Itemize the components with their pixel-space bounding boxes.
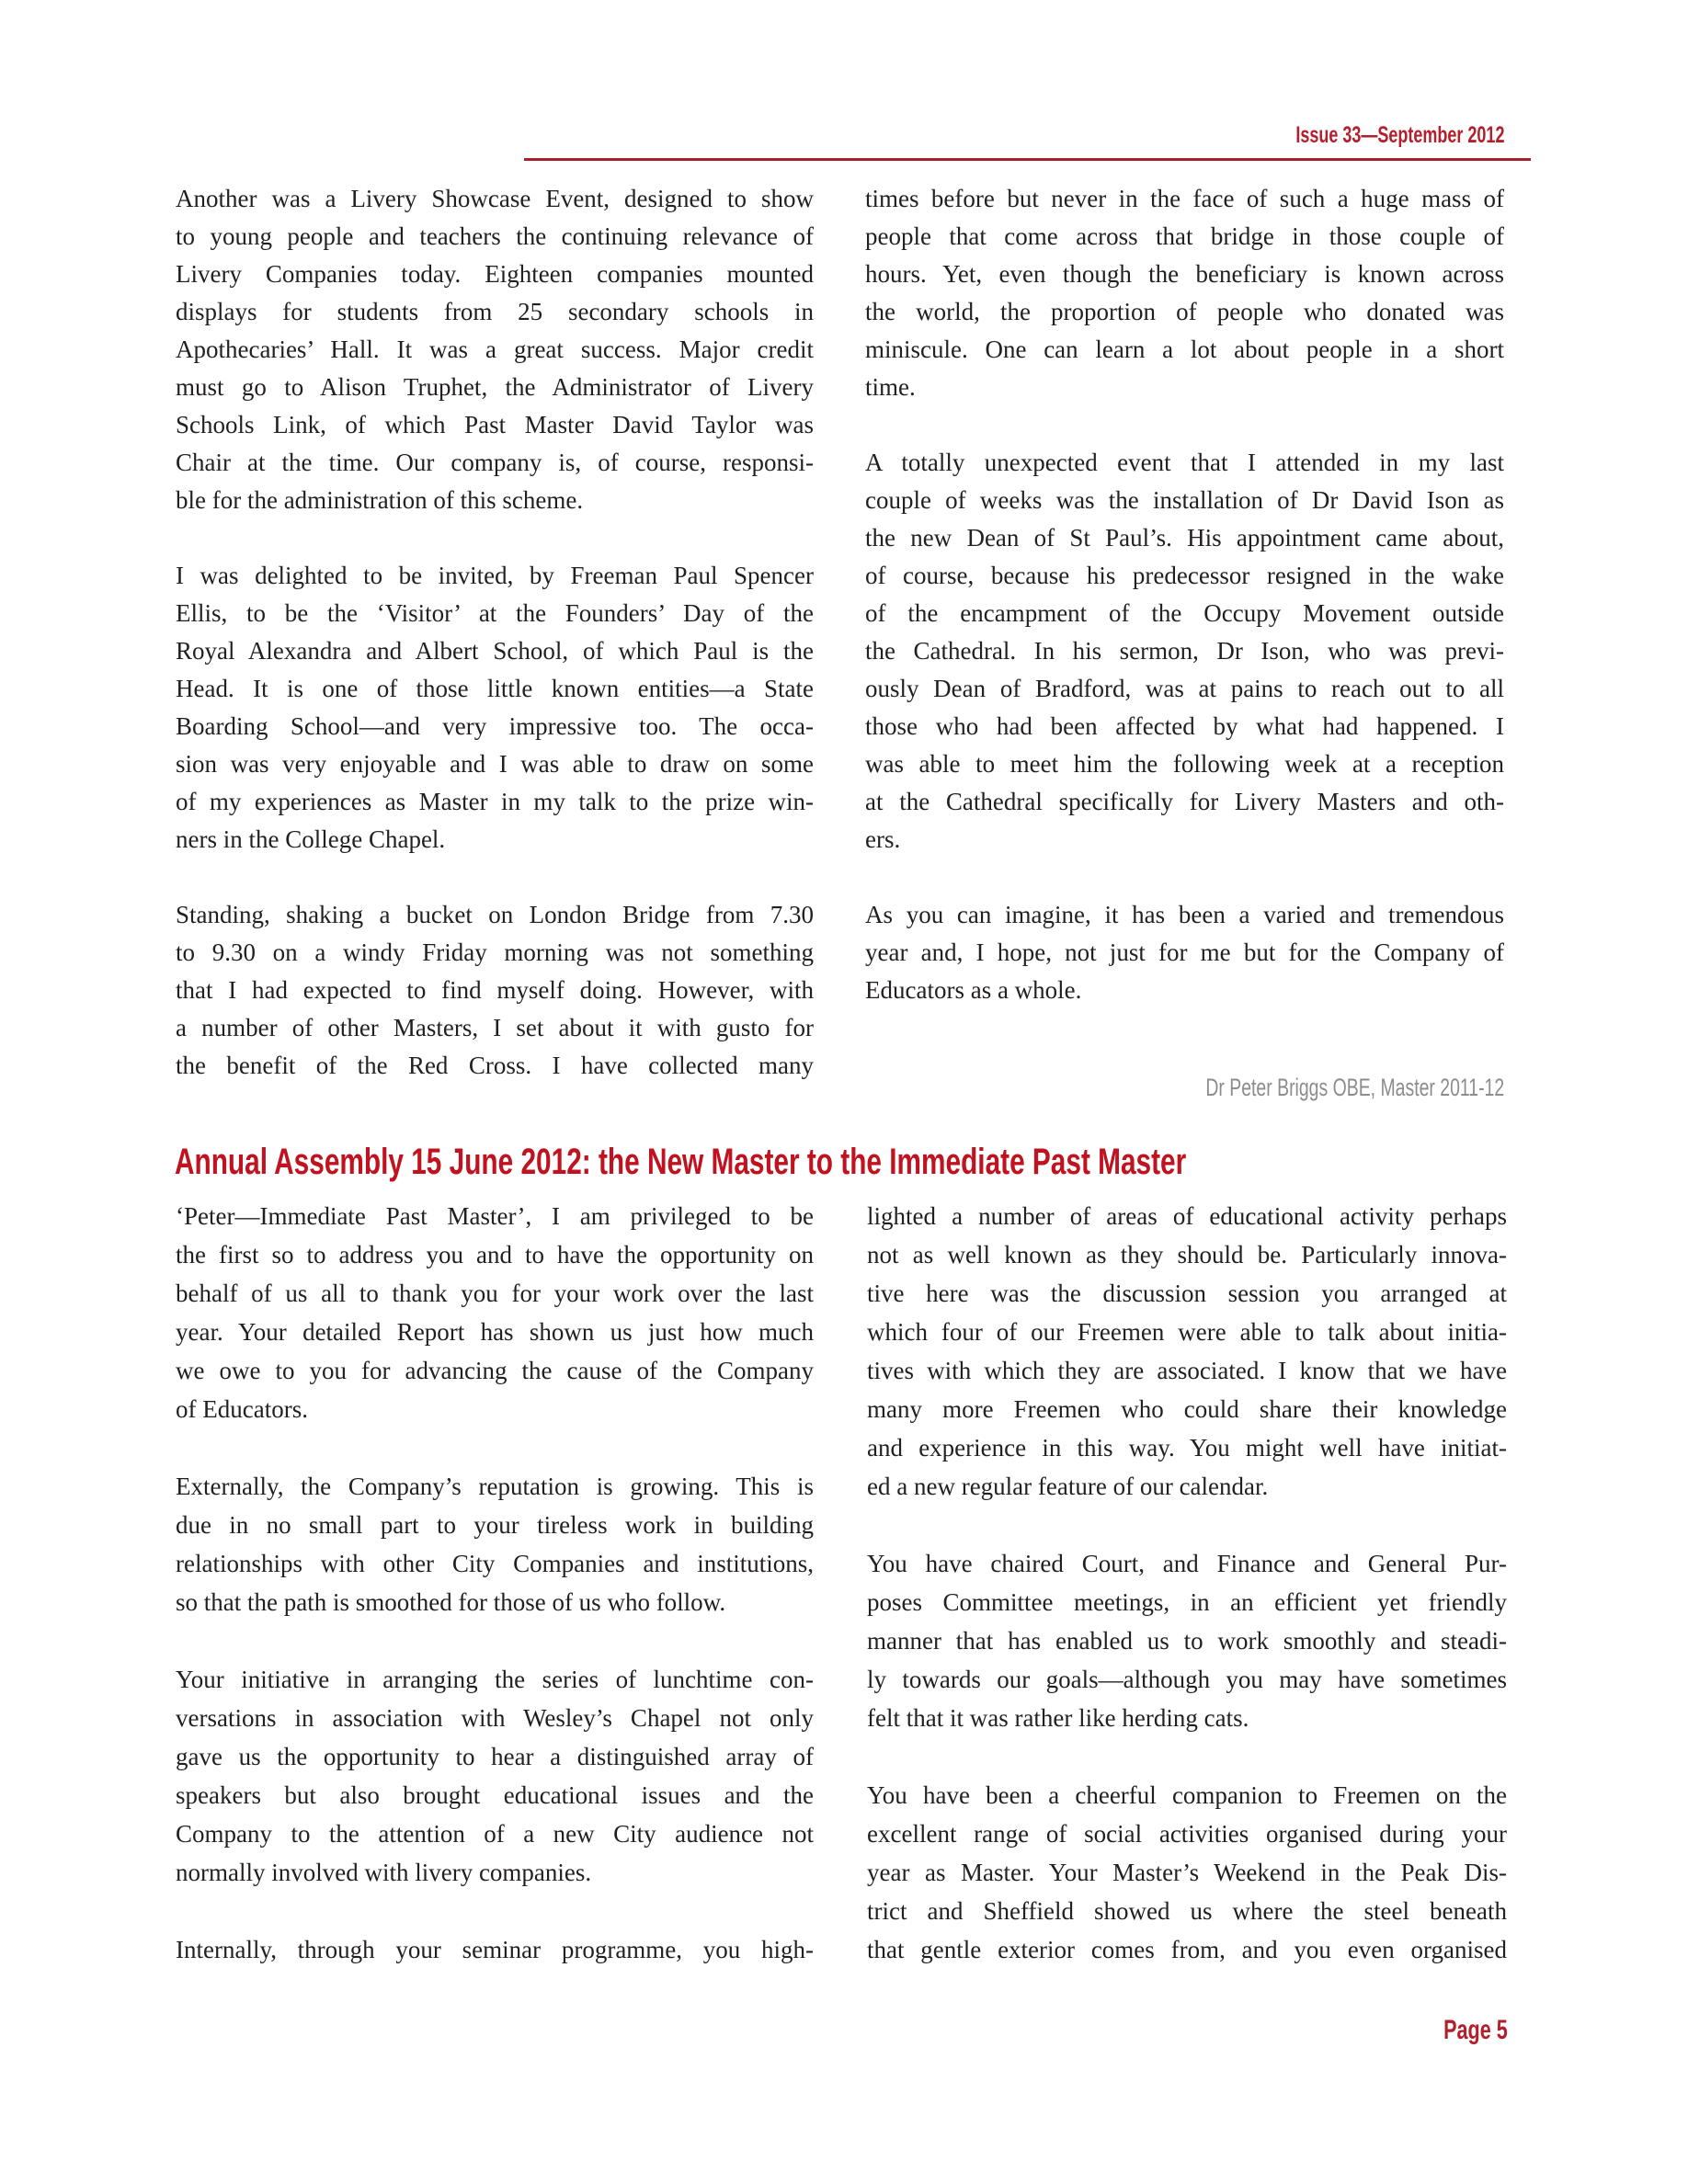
text-line: was able to meet him the following week …	[865, 745, 1504, 783]
text-line: ‘Peter—Immediate Past Master’, I am priv…	[176, 1197, 814, 1235]
text-line: Ellis, to be the ‘Visitor’ at the Founde…	[176, 595, 814, 632]
text-line: the first so to address you and to have …	[176, 1235, 814, 1274]
paragraph-gap	[865, 859, 1504, 896]
text-line: Chair at the time. Our company is, of co…	[176, 444, 814, 482]
text-line: of Educators.	[176, 1390, 814, 1428]
text-line: people that come across that bridge in t…	[865, 218, 1504, 256]
text-line: of my experiences as Master in my talk t…	[176, 783, 814, 821]
paragraph: As you can imagine, it has been a varied…	[865, 896, 1504, 1009]
paragraph-gap	[867, 1737, 1507, 1776]
text-line: Head. It is one of those little known en…	[176, 670, 814, 708]
lower-left-column: ‘Peter—Immediate Past Master’, I am priv…	[176, 1197, 814, 1969]
text-line: displays for students from 25 secondary …	[176, 293, 814, 331]
paragraph: ‘Peter—Immediate Past Master’, I am priv…	[176, 1197, 814, 1428]
paragraph-gap	[867, 1506, 1507, 1544]
text-line: ners in the College Chapel.	[176, 821, 814, 859]
text-line: year and, I hope, not just for me but fo…	[865, 934, 1504, 972]
text-line: to 9.30 on a windy Friday morning was no…	[176, 934, 814, 972]
text-line: times before but never in the face of su…	[865, 180, 1504, 218]
text-line: we owe to you for advancing the cause of…	[176, 1351, 814, 1390]
issue-label: Issue 33—September 2012	[1295, 122, 1504, 149]
paragraph: Standing, shaking a bucket on London Bri…	[176, 896, 814, 1085]
paragraph: lighted a number of areas of educational…	[867, 1197, 1507, 1506]
paragraph: I was delighted to be invited, by Freema…	[176, 557, 814, 859]
text-line: relationships with other City Companies …	[176, 1544, 814, 1583]
text-line: many more Freemen who could share their …	[867, 1390, 1507, 1428]
lower-right-column: lighted a number of areas of educational…	[867, 1197, 1507, 1969]
page-number-text: Page 5	[1443, 2015, 1508, 2046]
text-line: You have chaired Court, and Finance and …	[867, 1544, 1507, 1583]
text-line: tive here was the discussion session you…	[867, 1274, 1507, 1313]
text-line: to young people and teachers the continu…	[176, 218, 814, 256]
text-line: Apothecaries’ Hall. It was a great succe…	[176, 331, 814, 369]
text-line: Externally, the Company’s reputation is …	[176, 1467, 814, 1506]
text-line: Livery Companies today. Eighteen compani…	[176, 256, 814, 293]
text-line: a number of other Masters, I set about i…	[176, 1009, 814, 1047]
text-line: the world, the proportion of people who …	[865, 293, 1504, 331]
text-line: Another was a Livery Showcase Event, des…	[176, 180, 814, 218]
text-line: ously Dean of Bradford, was at pains to …	[865, 670, 1504, 708]
text-line: sion was very enjoyable and I was able t…	[176, 745, 814, 783]
text-line: speakers but also brought educational is…	[176, 1776, 814, 1814]
paragraph-gap	[865, 406, 1504, 444]
text-line: Company to the attention of a new City a…	[176, 1814, 814, 1853]
text-line: Your initiative in arranging the series …	[176, 1660, 814, 1699]
text-line: gave us the opportunity to hear a distin…	[176, 1737, 814, 1776]
article-signature: Dr Peter Briggs OBE, Master 2011-12	[1089, 1074, 1504, 1105]
text-line: miniscule. One can learn a lot about peo…	[865, 331, 1504, 369]
text-line: excellent range of social activities org…	[867, 1814, 1507, 1853]
text-line: at the Cathedral specifically for Livery…	[865, 783, 1504, 821]
text-line: Boarding School—and very impressive too.…	[176, 708, 814, 745]
paragraph: Another was a Livery Showcase Event, des…	[176, 180, 814, 519]
text-line: I was delighted to be invited, by Freema…	[176, 557, 814, 595]
text-line: hours. Yet, even though the beneficiary …	[865, 256, 1504, 293]
text-line: year. Your detailed Report has shown us …	[176, 1313, 814, 1351]
signature-text: Dr Peter Briggs OBE, Master 2011-12	[1205, 1074, 1504, 1102]
paragraph: You have been a cheerful companion to Fr…	[867, 1776, 1507, 1969]
text-line: due in no small part to your tireless wo…	[176, 1506, 814, 1544]
text-line: Schools Link, of which Past Master David…	[176, 406, 814, 444]
text-line: A totally unexpected event that I attend…	[865, 444, 1504, 482]
header-rule-divider	[524, 158, 1531, 161]
paragraph-gap	[176, 1621, 814, 1660]
text-line: You have been a cheerful companion to Fr…	[867, 1776, 1507, 1814]
text-line: that gentle exterior comes from, and you…	[867, 1930, 1507, 1969]
paragraph-gap	[176, 859, 814, 896]
issue-header: Issue 33—September 2012	[1215, 122, 1504, 150]
text-line: trict and Sheffield showed us where the …	[867, 1892, 1507, 1930]
paragraph: Your initiative in arranging the series …	[176, 1660, 814, 1892]
text-line: ly towards our goals—although you may ha…	[867, 1660, 1507, 1699]
paragraph: Internally, through your seminar program…	[176, 1930, 814, 1969]
upper-right-column: times before but never in the face of su…	[865, 180, 1504, 1009]
text-line: ble for the administration of this schem…	[176, 482, 814, 519]
text-line: time.	[865, 369, 1504, 406]
text-line: poses Committee meetings, in an efficien…	[867, 1583, 1507, 1621]
text-line: manner that has enabled us to work smoot…	[867, 1621, 1507, 1660]
paragraph: A totally unexpected event that I attend…	[865, 444, 1504, 859]
text-line: lighted a number of areas of educational…	[867, 1197, 1507, 1235]
text-line: Standing, shaking a bucket on London Bri…	[176, 896, 814, 934]
text-line: that I had expected to find myself doing…	[176, 972, 814, 1009]
text-line: Internally, through your seminar program…	[176, 1930, 814, 1969]
text-line: tives with which they are associated. I …	[867, 1351, 1507, 1390]
paragraph-gap	[176, 519, 814, 557]
text-line: Royal Alexandra and Albert School, of wh…	[176, 632, 814, 670]
paragraph: You have chaired Court, and Finance and …	[867, 1544, 1507, 1737]
text-line: the new Dean of St Paul’s. His appointme…	[865, 519, 1504, 557]
paragraph-gap	[176, 1428, 814, 1467]
text-line: and experience in this way. You might we…	[867, 1428, 1507, 1467]
paragraph-gap	[176, 1892, 814, 1930]
paragraph: times before but never in the face of su…	[865, 180, 1504, 406]
text-line: year as Master. Your Master’s Weekend in…	[867, 1853, 1507, 1892]
text-line: couple of weeks was the installation of …	[865, 482, 1504, 519]
text-line: Educators as a whole.	[865, 972, 1504, 1009]
text-line: ers.	[865, 821, 1504, 859]
text-line: the Cathedral. In his sermon, Dr Ison, w…	[865, 632, 1504, 670]
text-line: the benefit of the Red Cross. I have col…	[176, 1047, 814, 1085]
text-line: so that the path is smoothed for those o…	[176, 1583, 814, 1621]
text-line: versations in association with Wesley’s …	[176, 1699, 814, 1737]
upper-left-column: Another was a Livery Showcase Event, des…	[176, 180, 814, 1085]
newsletter-page: Issue 33—September 2012 Another was a Li…	[0, 0, 1688, 2184]
text-line: of the encampment of the Occupy Movement…	[865, 595, 1504, 632]
text-line: felt that it was rather like herding cat…	[867, 1699, 1507, 1737]
paragraph: Externally, the Company’s reputation is …	[176, 1467, 814, 1621]
text-line: As you can imagine, it has been a varied…	[865, 896, 1504, 934]
text-line: normally involved with livery companies.	[176, 1853, 814, 1892]
section-heading: Annual Assembly 15 June 2012: the New Ma…	[175, 1140, 1533, 1182]
text-line: of course, because his predecessor resig…	[865, 557, 1504, 595]
text-line: not as well known as they should be. Par…	[867, 1235, 1507, 1274]
text-line: those who had been affected by what had …	[865, 708, 1504, 745]
text-line: which four of our Freemen were able to t…	[867, 1313, 1507, 1351]
page-number: Page 5	[1419, 2015, 1508, 2048]
text-line: behalf of us all to thank you for your w…	[176, 1274, 814, 1313]
text-line: ed a new regular feature of our calendar…	[867, 1467, 1507, 1506]
section-heading-text: Annual Assembly 15 June 2012: the New Ma…	[175, 1142, 1186, 1183]
text-line: must go to Alison Truphet, the Administr…	[176, 369, 814, 406]
